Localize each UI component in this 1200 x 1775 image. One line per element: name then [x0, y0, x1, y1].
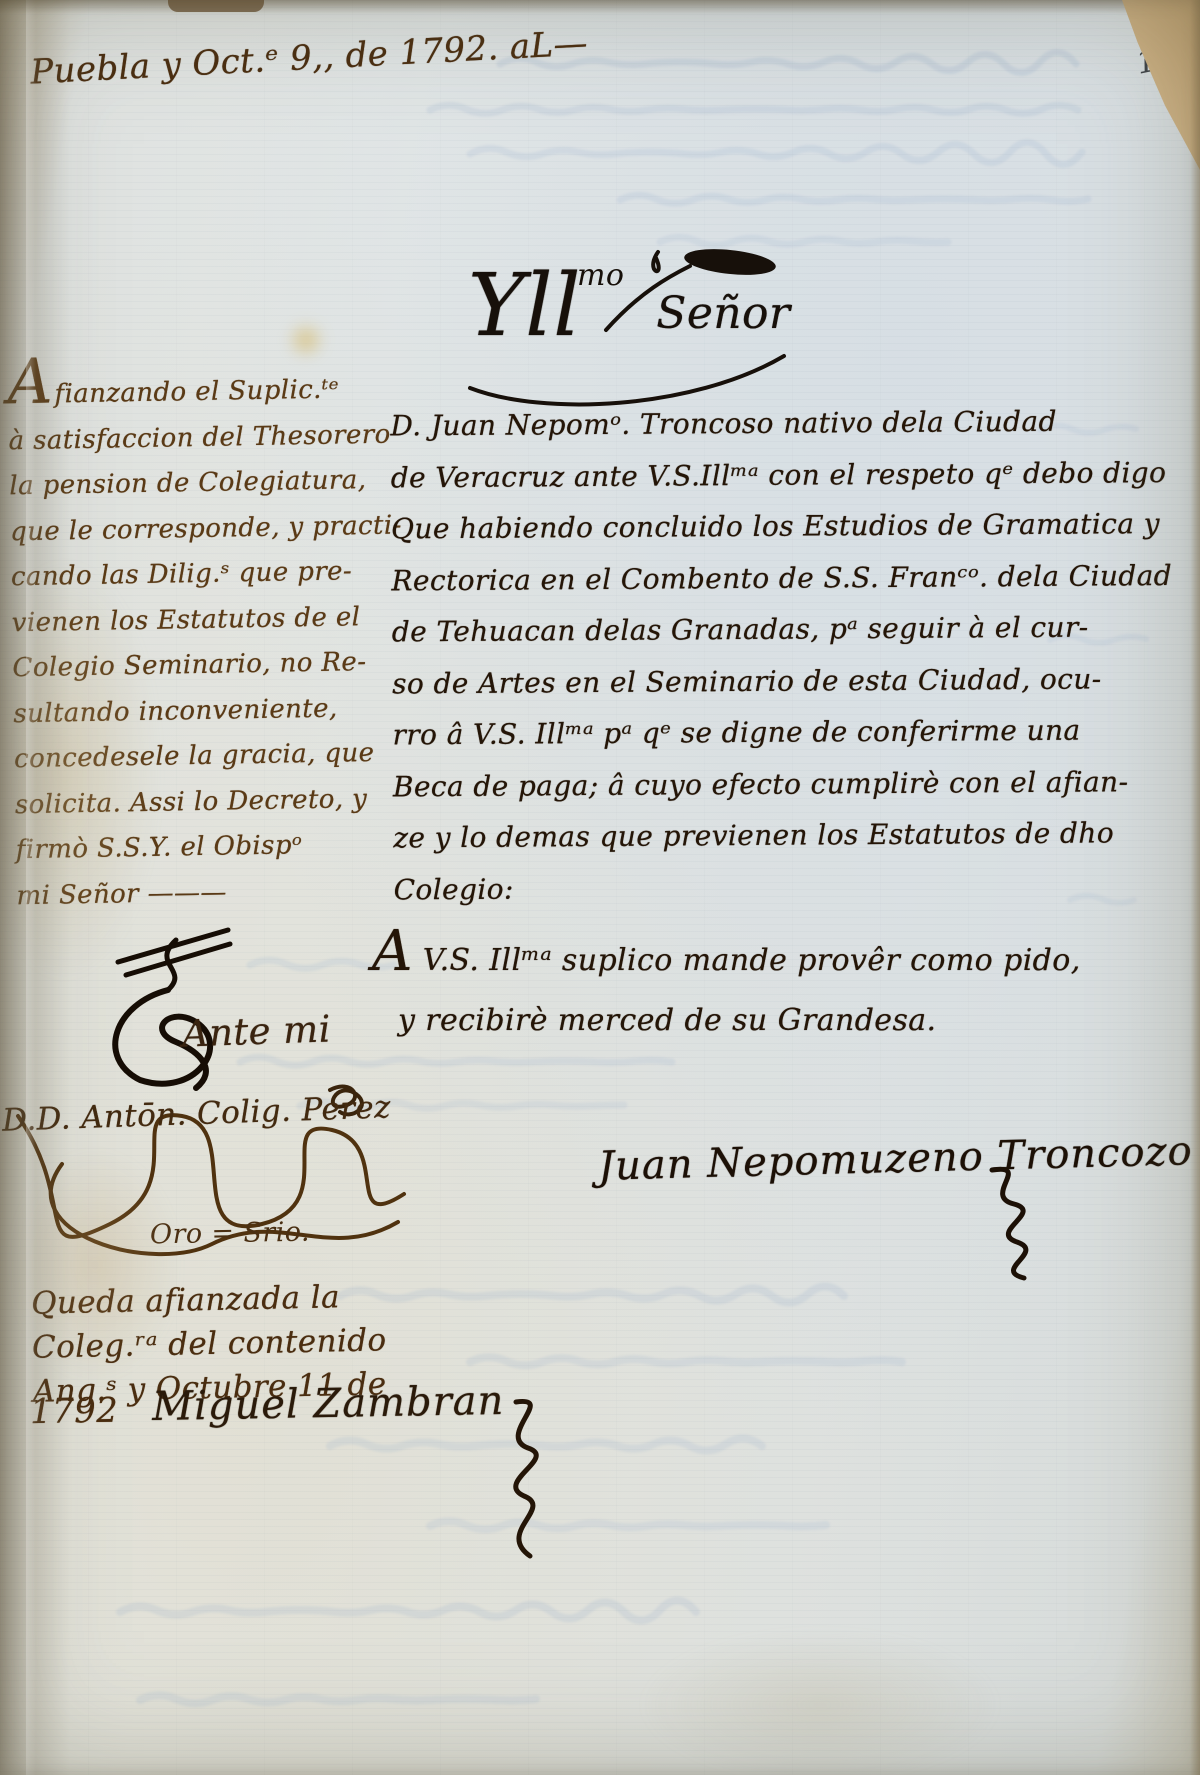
- dateline: Puebla y Oct.ᵉ 9,, de 1792. aL—: [29, 23, 588, 92]
- bond-line: Queda afianzada la: [31, 1274, 386, 1325]
- body-line: de Veracruz ante V.S.Illᵐᵃ con el respet…: [391, 447, 1087, 503]
- bond-signature-row: 1792 Miguel Zambran: [30, 1378, 505, 1432]
- decree-rubric: [78, 918, 258, 1098]
- body-line: de Tehuacan delas Granadas, pᵃ seguir à …: [392, 602, 1088, 658]
- bond-year: 1792: [30, 1391, 119, 1433]
- manuscript-page: Puebla y Oct.ᵉ 9,, de 1792. aL— 119 Yll …: [0, 0, 1200, 1775]
- margin-decree: Afianzando el Suplic.ᵗᵉ à satisfaccion d…: [7, 353, 389, 919]
- petition-line: A V.S. Illᵐᵃ suplico mande provêr como p…: [372, 922, 1081, 991]
- salutation-abbrev: Yll: [468, 268, 581, 345]
- bond-signer: Miguel Zambran: [152, 1378, 505, 1430]
- salutation-heading: Yll mo Señor: [468, 258, 790, 345]
- page-top-edge: [0, 0, 1200, 14]
- decree-line: mi Señor ———: [16, 867, 389, 919]
- decree-line: concedesele la gracia, que: [14, 731, 387, 783]
- paper-stain: [640, 1630, 1000, 1775]
- secretary-signature: D.D. Antōn. Colig. Perez: [1, 1089, 391, 1139]
- letter-body: D. Juan Nepomᵒ. Troncoso nativo dela Ciu…: [390, 396, 1090, 916]
- petition-clause: A V.S. Illᵐᵃ suplico mande provêr como p…: [372, 922, 1081, 1051]
- petitioner-signature: Juan Nepomuzeno Troncozo: [597, 1128, 1193, 1190]
- bond-line: Coleg.ʳᵃ del contenido: [32, 1318, 387, 1369]
- petitioner-rubric: [962, 1162, 1052, 1282]
- petition-line: y recibirè merced de su Grandesa.: [398, 991, 1081, 1051]
- decree-line: sultando inconveniente,: [13, 685, 386, 737]
- decree-line: la pension de Colegiatura,: [9, 458, 382, 510]
- body-line: Que habiendo concluido los Estudios de G…: [391, 499, 1087, 555]
- salutation-honorific: Señor: [656, 288, 790, 339]
- page-edge-gap: [168, 0, 264, 12]
- body-line: ze y lo demas que previenen los Estatuto…: [393, 808, 1089, 864]
- corner-tear: [1122, 0, 1200, 170]
- body-line: rro â V.S. Illᵐᵃ pᵃ qᵉ se digne de confe…: [392, 705, 1088, 761]
- decree-line: que le corresponde, y practi-: [10, 503, 383, 555]
- body-line: so de Artes en el Seminario de esta Ciud…: [392, 653, 1088, 709]
- decree-line: Afianzando el Suplic.ᵗᵉ: [7, 353, 380, 419]
- decree-line: vienen los Estatutos de el: [11, 594, 384, 646]
- page-right-edge: [1190, 0, 1200, 1775]
- decree-line: Colegio Seminario, no Re-: [12, 640, 385, 692]
- body-line: Beca de paga; â cuyo efecto cumplirè con…: [393, 756, 1089, 812]
- ante-mi-note: Ante mi: [181, 1007, 331, 1055]
- decree-line: solicita. Assi lo Decreto, y: [15, 776, 388, 828]
- body-line: Rectorica en el Combento de S.S. Franᶜᵒ.…: [391, 550, 1087, 606]
- decree-line: à satisfaccion del Thesorero: [8, 412, 381, 464]
- secretary-title: Oro = Srio.: [150, 1217, 310, 1251]
- salutation-superscript: mo: [577, 258, 624, 293]
- page-number: 119: [1133, 34, 1200, 82]
- petition-initial: A: [372, 919, 413, 984]
- body-line: D. Juan Nepomᵒ. Troncoso nativo dela Ciu…: [390, 396, 1086, 452]
- body-line: Colegio:: [393, 859, 1089, 915]
- decree-line: cando las Dilig.ˢ que pre-: [11, 549, 384, 601]
- decree-line: firmò S.S.Y. el Obispᵒ: [15, 822, 388, 874]
- decree-initial: A: [7, 344, 55, 418]
